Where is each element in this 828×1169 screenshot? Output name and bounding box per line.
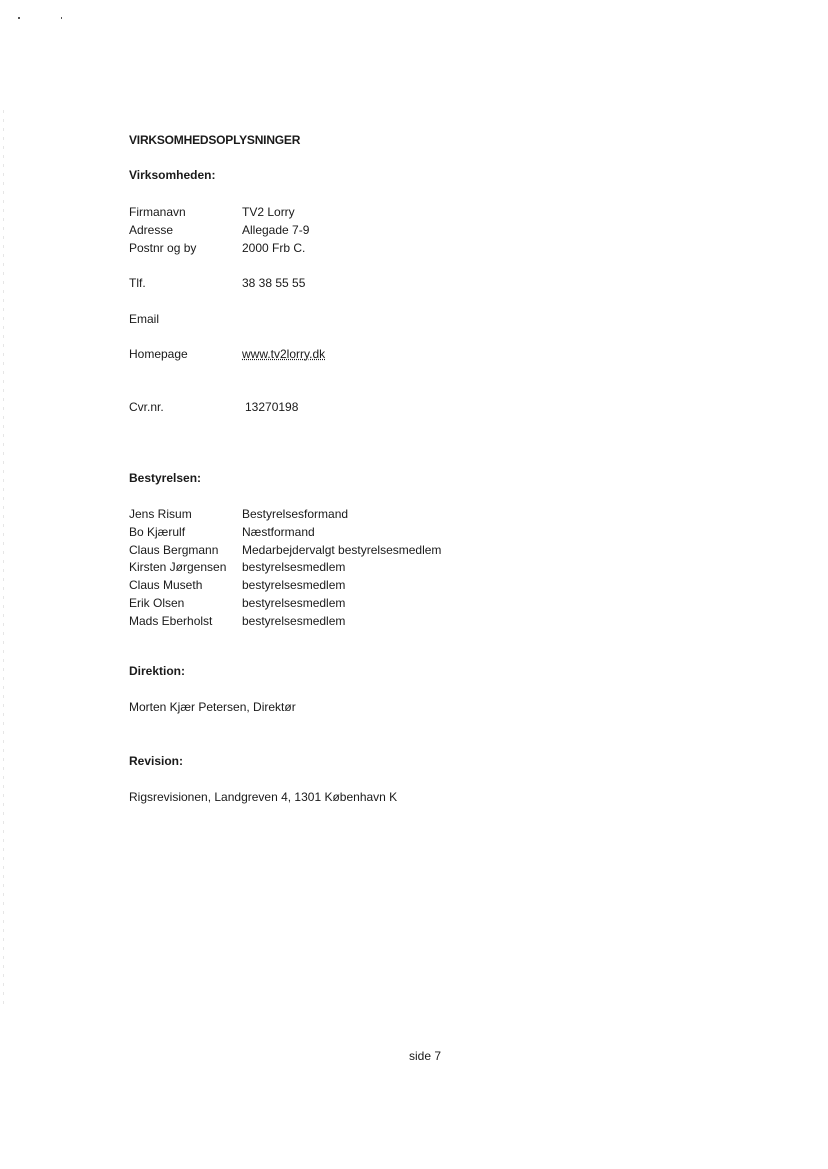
member-name: Claus Bergmann (129, 541, 218, 559)
company-heading: Virksomheden: (129, 168, 215, 182)
field-label: Postnr og by (129, 239, 196, 257)
phone-label: Tlf. (129, 274, 146, 292)
member-name: Claus Museth (129, 576, 202, 594)
scan-speck (61, 17, 62, 19)
management-text: Morten Kjær Petersen, Direktør (129, 700, 296, 714)
board-heading: Bestyrelsen: (129, 471, 201, 485)
phone-value: 38 38 55 55 (242, 274, 305, 292)
member-role: bestyrelsesmedlem (242, 594, 345, 612)
management-heading: Direktion: (129, 664, 185, 678)
audit-text: Rigsrevisionen, Landgreven 4, 1301 Køben… (129, 790, 397, 804)
member-role: bestyrelsesmedlem (242, 558, 345, 576)
member-name: Mads Eberholst (129, 612, 212, 630)
member-role: bestyrelsesmedlem (242, 612, 345, 630)
member-role: bestyrelsesmedlem (242, 576, 345, 594)
cvr-value: 13270198 (245, 398, 298, 416)
member-role: Medarbejdervalgt bestyrelsesmedlem (242, 541, 441, 559)
audit-heading: Revision: (129, 754, 183, 768)
field-value: TV2 Lorry (242, 203, 295, 221)
member-name: Erik Olsen (129, 594, 184, 612)
member-name: Jens Risum (129, 505, 192, 523)
member-name: Kirsten Jørgensen (129, 558, 226, 576)
page-number: side 7 (409, 1049, 441, 1063)
cvr-label: Cvr.nr. (129, 398, 164, 416)
field-label: Adresse (129, 221, 173, 239)
email-label: Email (129, 310, 159, 328)
field-label: Firmanavn (129, 203, 186, 221)
member-name: Bo Kjærulf (129, 523, 185, 541)
member-role: Næstformand (242, 523, 315, 541)
document-title: VIRKSOMHEDSOPLYSNINGER (129, 133, 300, 147)
field-value: Allegade 7-9 (242, 221, 309, 239)
scan-edge-artifact (3, 110, 4, 1010)
homepage-label: Homepage (129, 345, 188, 363)
homepage-link[interactable]: www.tv2lorry.dk (242, 345, 325, 363)
scan-speck (18, 17, 20, 19)
member-role: Bestyrelsesformand (242, 505, 348, 523)
field-value: 2000 Frb C. (242, 239, 305, 257)
